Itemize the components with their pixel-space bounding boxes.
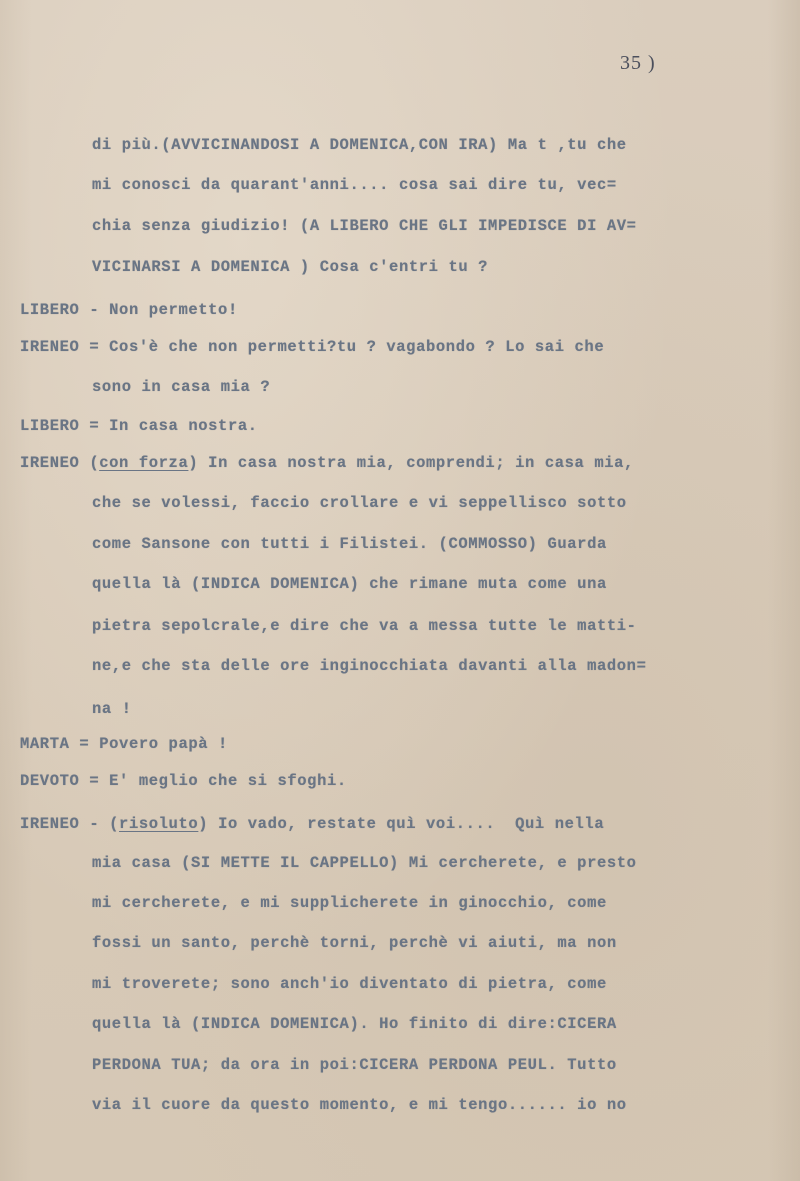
dialogue-line: LIBERO - Non permetto!: [20, 301, 238, 319]
continuation-line: sono in casa mia ?: [92, 378, 270, 396]
continuation-line: na !: [92, 700, 132, 718]
continuation-line: pietra sepolcrale,e dire che va a messa …: [92, 617, 637, 635]
speaker-separator: =: [79, 338, 109, 356]
speaker-separator: =: [79, 417, 109, 435]
speaker-name: IRENEO: [20, 338, 79, 356]
dialogue-line: IRENEO - (risoluto) Io vado, restate quì…: [20, 815, 604, 833]
dialogue-text: Non permetto!: [109, 301, 238, 319]
speaker-name: MARTA: [20, 735, 70, 753]
dialogue-line: LIBERO = In casa nostra.: [20, 417, 258, 435]
continuation-line: via il cuore da questo momento, e mi ten…: [92, 1096, 627, 1114]
continuation-line: VICINARSI A DOMENICA ) Cosa c'entri tu ?: [92, 258, 488, 276]
dialogue-text: Io vado, restate quì voi.... Quì nella: [218, 815, 604, 833]
page-number: 35 ): [620, 52, 656, 75]
continuation-line: ne,e che sta delle ore inginocchiata dav…: [92, 657, 646, 675]
stage-direction: (risoluto): [109, 815, 218, 833]
continuation-line: mi troverete; sono anch'io diventato di …: [92, 975, 607, 993]
dialogue-text: Cos'è che non permetti?tu ? vagabondo ? …: [109, 338, 604, 356]
dialogue-line: IRENEO = Cos'è che non permetti?tu ? vag…: [20, 338, 604, 356]
stage-direction: (con forza): [89, 454, 208, 472]
speaker-name: IRENEO: [20, 815, 79, 833]
speaker-separator: -: [79, 301, 109, 319]
dialogue-line: MARTA = Povero papà !: [20, 735, 228, 753]
speaker-separator: [79, 454, 89, 472]
dialogue-text: E' meglio che si sfoghi.: [109, 772, 347, 790]
continuation-line: che se volessi, faccio crollare e vi sep…: [92, 494, 627, 512]
continuation-line: mi cercherete, e mi supplicherete in gin…: [92, 894, 607, 912]
dialogue-text: In casa nostra mia, comprendi; in casa m…: [208, 454, 634, 472]
continuation-line: come Sansone con tutti i Filistei. (COMM…: [92, 535, 607, 553]
continuation-line: chia senza giudizio! (A LIBERO CHE GLI I…: [92, 217, 637, 235]
speaker-name: DEVOTO: [20, 772, 79, 790]
continuation-line: mi conosci da quarant'anni.... cosa sai …: [92, 176, 617, 194]
continuation-line: quella là (INDICA DOMENICA). Ho finito d…: [92, 1015, 617, 1033]
speaker-name: LIBERO: [20, 417, 79, 435]
speaker-name: LIBERO: [20, 301, 79, 319]
continuation-line: di più.(AVVICINANDOSI A DOMENICA,CON IRA…: [92, 136, 627, 154]
dialogue-line: DEVOTO = E' meglio che si sfoghi.: [20, 772, 347, 790]
speaker-separator: =: [70, 735, 100, 753]
dialogue-line: IRENEO (con forza) In casa nostra mia, c…: [20, 454, 634, 472]
speaker-separator: =: [79, 772, 109, 790]
dialogue-text: Povero papà !: [99, 735, 228, 753]
continuation-line: fossi un santo, perchè torni, perchè vi …: [92, 934, 617, 952]
typewritten-page: 35 ) di più.(AVVICINANDOSI A DOMENICA,CO…: [0, 0, 800, 1181]
continuation-line: PERDONA TUA; da ora in poi:CICERA PERDON…: [92, 1056, 617, 1074]
continuation-line: mia casa (SI METTE IL CAPPELLO) Mi cerch…: [92, 854, 637, 872]
continuation-line: quella là (INDICA DOMENICA) che rimane m…: [92, 575, 607, 593]
speaker-separator: -: [79, 815, 109, 833]
speaker-name: IRENEO: [20, 454, 79, 472]
dialogue-text: In casa nostra.: [109, 417, 258, 435]
